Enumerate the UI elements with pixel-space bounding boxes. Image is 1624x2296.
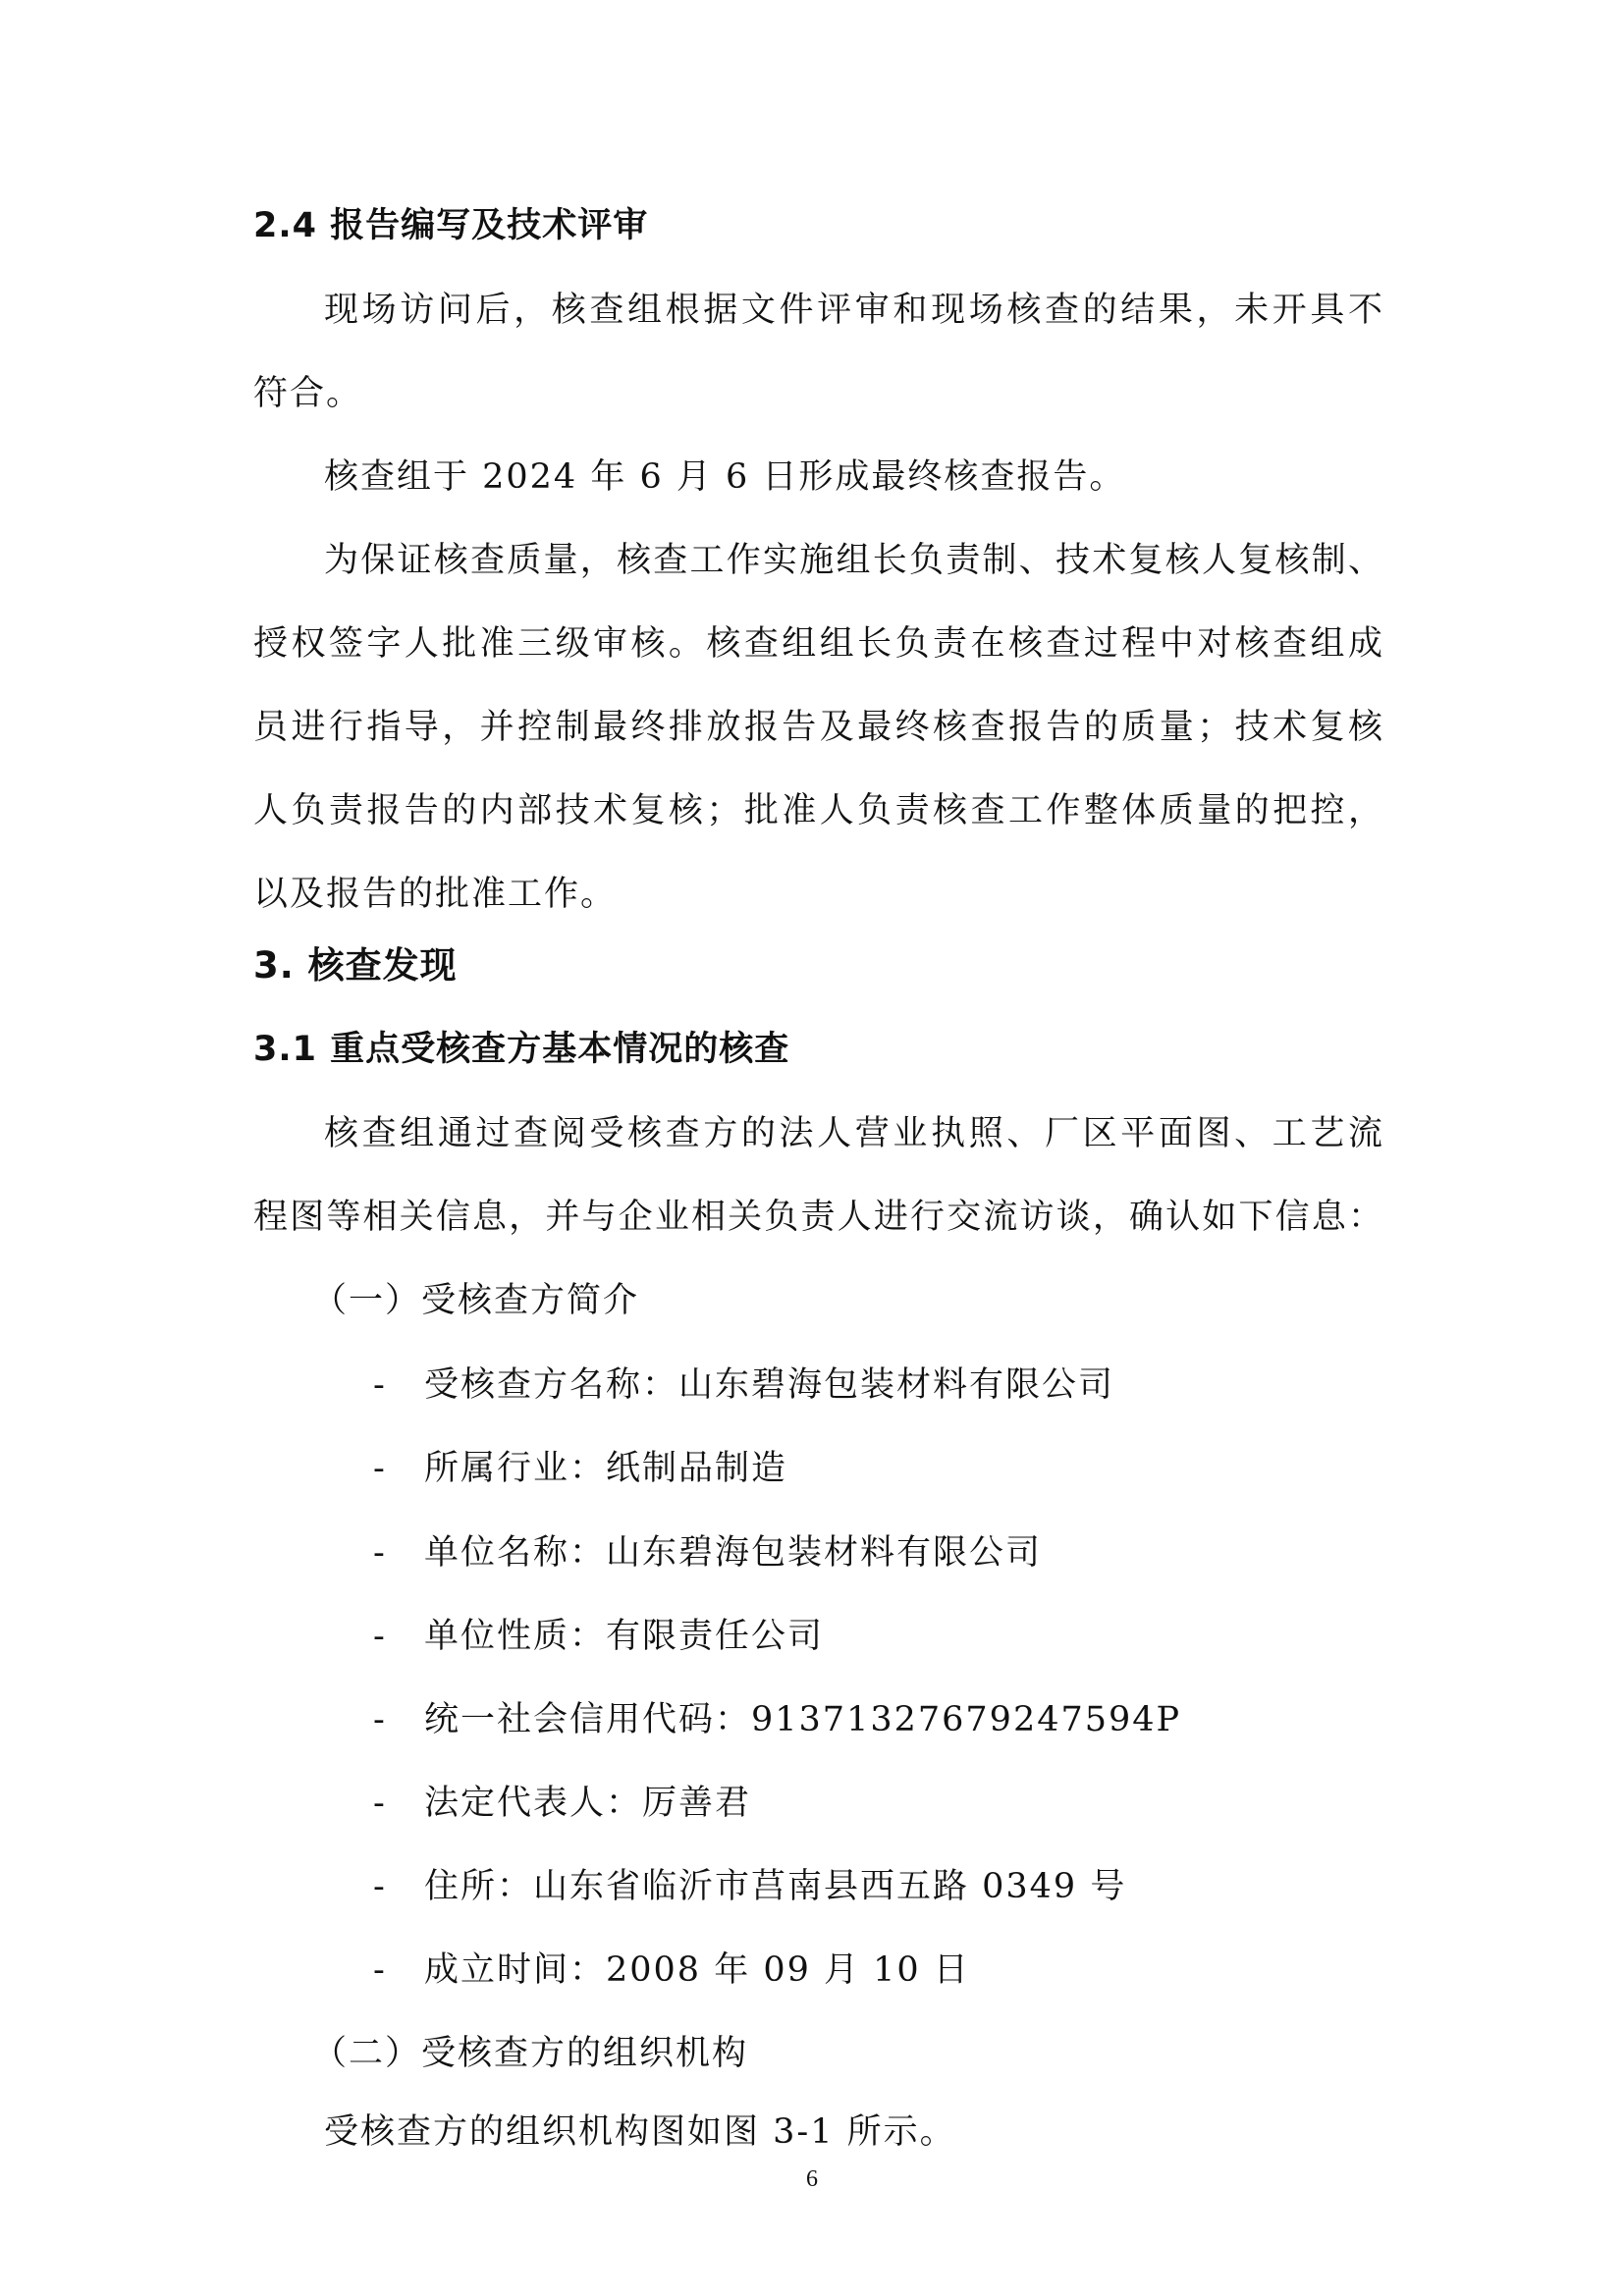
list-item: -统一社会信用代码：91371327679247594P <box>373 1698 1181 1741</box>
list-item-text: 统一社会信用代码：91371327679247594P <box>424 1700 1181 1739</box>
bullet-dash: - <box>373 1615 424 1658</box>
list-item: -单位名称：山东碧海包装材料有限公司 <box>373 1531 1042 1575</box>
list-item-text: 单位名称：山东碧海包装材料有限公司 <box>424 1533 1042 1573</box>
page-number: 6 <box>0 2164 1624 2194</box>
bullet-dash: - <box>373 1363 424 1407</box>
heading-2-4: 2.4 报告编写及技术评审 <box>253 204 648 247</box>
list-item: -住所：山东省临沂市莒南县西五路 0349 号 <box>373 1865 1126 1908</box>
bullet-dash: - <box>373 1949 424 1992</box>
list-item: -成立时间：2008 年 09 月 10 日 <box>373 1949 970 1992</box>
bullet-dash: - <box>373 1865 424 1908</box>
list-item: -所属行业：纸制品制造 <box>373 1447 787 1490</box>
document-page: 2.4 报告编写及技术评审 现场访问后，核查组根据文件评审和现场核查的结果，未开… <box>0 0 1624 2296</box>
paragraph-line: 受核查方的组织机构图如图 3-1 所示。 <box>324 2110 956 2154</box>
paragraph-line: 人负责报告的内部技术复核；批准人负责核查工作整体质量的把控， <box>253 789 1382 832</box>
list-item-text: 所属行业：纸制品制造 <box>424 1449 787 1488</box>
paragraph-line: 核查组通过查阅受核查方的法人营业执照、厂区平面图、工艺流 <box>324 1112 1382 1155</box>
list-item: -受核查方名称：山东碧海包装材料有限公司 <box>373 1363 1114 1407</box>
subheading-intro: （一）受核查方简介 <box>312 1279 639 1322</box>
list-item-text: 成立时间：2008 年 09 月 10 日 <box>424 1950 970 1990</box>
heading-3: 3. 核查发现 <box>253 944 458 988</box>
list-item-text: 法定代表人：厉善君 <box>424 1784 751 1823</box>
paragraph-line: 核查组于 2024 年 6 月 6 日形成最终核查报告。 <box>324 455 1125 499</box>
list-item-text: 单位性质：有限责任公司 <box>424 1617 824 1656</box>
paragraph-line: 程图等相关信息，并与企业相关负责人进行交流访谈，确认如下信息： <box>253 1196 1382 1239</box>
heading-3-1: 3.1 重点受核查方基本情况的核查 <box>253 1028 789 1071</box>
list-item-text: 住所：山东省临沂市莒南县西五路 0349 号 <box>424 1867 1126 1906</box>
list-item: -法定代表人：厉善君 <box>373 1782 751 1825</box>
paragraph-line: 为保证核查质量，核查工作实施组长负责制、技术复核人复核制、 <box>324 539 1382 582</box>
paragraph-line: 现场访问后，核查组根据文件评审和现场核查的结果，未开具不 <box>324 289 1382 332</box>
paragraph-line: 符合。 <box>253 372 362 415</box>
paragraph-line: 授权签字人批准三级审核。核查组组长负责在核查过程中对核查组成 <box>253 622 1382 666</box>
subheading-organization: （二）受核查方的组织机构 <box>312 2032 748 2075</box>
list-item: -单位性质：有限责任公司 <box>373 1615 824 1658</box>
list-item-text: 受核查方名称：山东碧海包装材料有限公司 <box>424 1365 1114 1405</box>
bullet-dash: - <box>373 1531 424 1575</box>
paragraph-line: 员进行指导，并控制最终排放报告及最终核查报告的质量；技术复核 <box>253 706 1382 749</box>
paragraph-line: 以及报告的批准工作。 <box>253 873 617 916</box>
bullet-dash: - <box>373 1447 424 1490</box>
bullet-dash: - <box>373 1782 424 1825</box>
bullet-dash: - <box>373 1698 424 1741</box>
